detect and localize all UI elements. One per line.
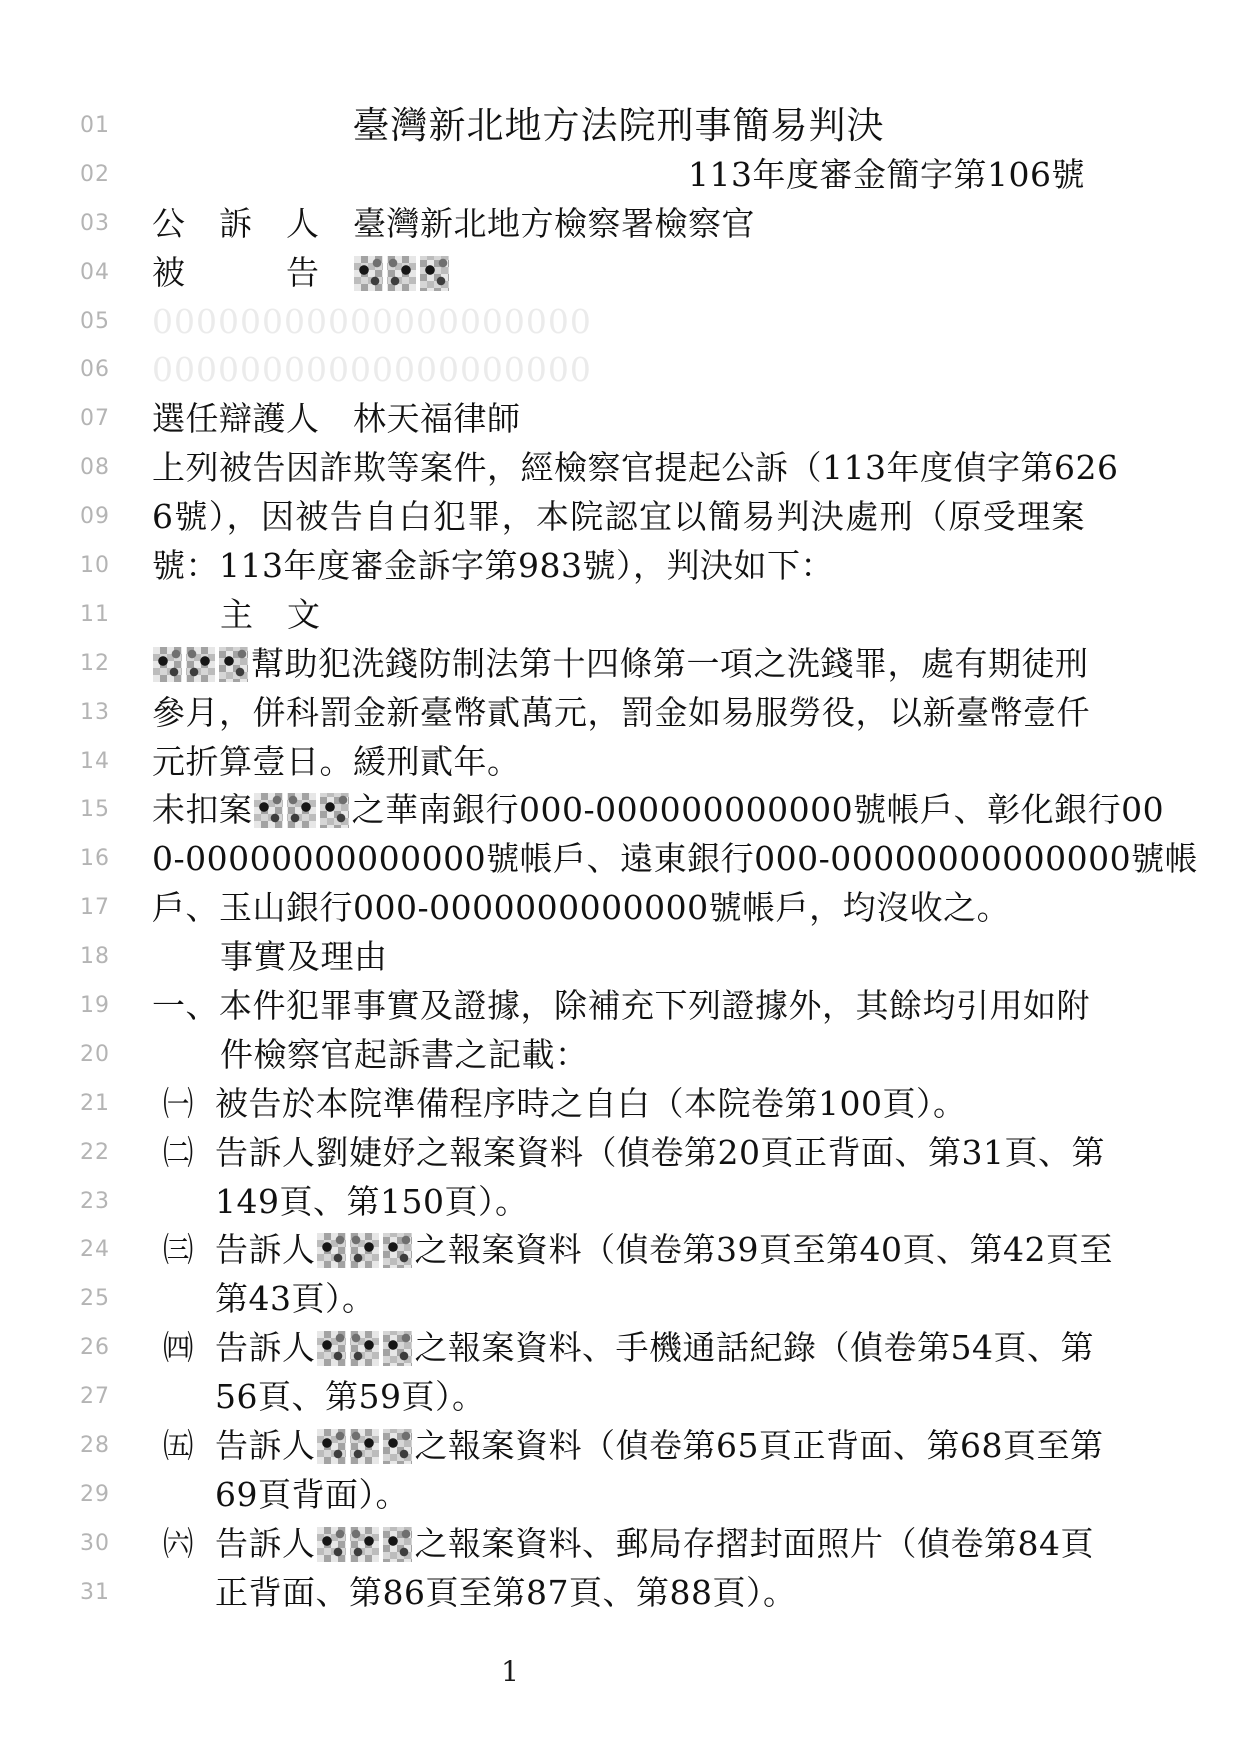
document-line: 13參月，併科罰金新臺幣貳萬元，罰金如易服勞役，以新臺幣壹仟 [0,689,1240,738]
text-segment: 一、本件犯罪事實及證據，除補充下列證據外，其餘均引用如附 [152,986,1090,1025]
document-line: 12幫助犯洗錢防制法第十四條第一項之洗錢罪，處有期徒刑 [0,640,1240,689]
document-line: 07選任辯護人 林天福律師 [0,395,1240,444]
line-text: 戶、玉山銀行000-0000000000000號帳戶，均沒收之。 [152,884,1085,933]
line-number: 10 [0,542,110,591]
line-number: 24 [0,1226,110,1275]
line-text: 選任辯護人 林天福律師 [152,395,1085,444]
text-segment: 149頁、第150頁）。 [215,1182,528,1221]
line-number: 30 [0,1520,110,1569]
document-line: 31正背面、第86頁至第87頁、第88頁）。 [0,1569,1240,1618]
text-segment: 號：113年度審金訴字第983號），判決如下： [152,546,834,585]
item-marker: ㈠ [163,1080,211,1129]
line-number: 06 [0,346,110,395]
line-text: 6號），因被告自白犯罪，本院認宜以簡易判決處刑（原受理案 [152,493,1085,542]
redacted-name-mosaic [219,647,248,682]
line-text: 第43頁）。 [152,1275,1085,1324]
text-segment: 元折算壹日。緩刑貳年。 [152,742,521,781]
line-text: 一、本件犯罪事實及證據，除補充下列證據外，其餘均引用如附 [152,982,1085,1031]
text-segment: 56頁、第59頁）。 [215,1377,485,1416]
redacted-name-mosaic [317,1331,346,1366]
document-line: 26㈣告訴人之報案資料、手機通話紀錄（偵卷第54頁、第 [0,1324,1240,1373]
document-line: 11主 文 [0,591,1240,640]
line-text: 00000000000000000000 [152,298,1085,347]
line-number: 20 [0,1031,110,1080]
line-number: 07 [0,395,110,444]
redacted-name-mosaic [317,1429,346,1464]
line-number: 25 [0,1275,110,1324]
line-text: ㈡告訴人劉婕妤之報案資料（偵卷第20頁正背面、第31頁、第 [152,1129,1085,1178]
faint-redacted-text: 00000000000000000000 [152,302,592,341]
line-text: 正背面、第86頁至第87頁、第88頁）。 [152,1569,1085,1618]
line-text: 主 文 [152,591,1085,640]
redacted-name-mosaic [354,256,383,291]
line-text: ㈢告訴人之報案資料（偵卷第39頁至第40頁、第42頁至 [152,1226,1085,1275]
line-text: 公 訴 人 臺灣新北地方檢察署檢察官 [152,200,1085,249]
text-segment: 之報案資料（偵卷第65頁正背面、第68頁至第 [415,1426,1104,1465]
text-segment: 事實及理由 [220,937,388,976]
text-segment: 告訴人劉婕妤之報案資料（偵卷第20頁正背面、第31頁、第 [215,1133,1105,1172]
line-number: 13 [0,689,110,738]
redacted-name-mosaic [383,1331,412,1366]
judgment-page: 01臺灣新北地方法院刑事簡易判決02113年度審金簡字第106號03公 訴 人 … [0,0,1240,1755]
text-segment: 被告於本院準備程序時之自白（本院卷第100頁）。 [215,1084,967,1123]
document-line: 18事實及理由 [0,933,1240,982]
text-segment: 告訴人 [215,1328,316,1367]
document-body: 01臺灣新北地方法院刑事簡易判決02113年度審金簡字第106號03公 訴 人 … [0,102,1240,1618]
text-segment: 件檢察官起訴書之記載： [220,1035,589,1074]
line-text: ㈠被告於本院準備程序時之自白（本院卷第100頁）。 [152,1080,1085,1129]
redacted-name-mosaic [186,647,215,682]
line-number: 11 [0,591,110,640]
line-number: 26 [0,1324,110,1373]
document-line: 02113年度審金簡字第106號 [0,151,1240,200]
document-line: 096號），因被告自白犯罪，本院認宜以簡易判決處刑（原受理案 [0,493,1240,542]
line-number: 27 [0,1373,110,1422]
redacted-name-mosaic [350,1429,379,1464]
page-number: 1 [0,1655,1020,1688]
text-segment: 公 訴 人 臺灣新北地方檢察署檢察官 [152,204,755,243]
line-number: 01 [0,102,110,151]
document-line: 19一、本件犯罪事實及證據，除補充下列證據外，其餘均引用如附 [0,982,1240,1031]
line-text: 臺灣新北地方法院刑事簡易判決 [152,102,1085,151]
line-number: 05 [0,298,110,347]
line-text: 元折算壹日。緩刑貳年。 [152,738,1085,787]
line-text: 69頁背面）。 [152,1471,1085,1520]
document-line: 20件檢察官起訴書之記載： [0,1031,1240,1080]
item-marker: ㈡ [163,1129,211,1178]
line-number: 15 [0,786,110,835]
text-segment: 選任辯護人 林天福律師 [152,399,521,438]
text-segment: 告訴人 [215,1524,316,1563]
text-segment: 正背面、第86頁至第87頁、第88頁）。 [215,1573,796,1612]
document-line: 30㈥告訴人之報案資料、郵局存摺封面照片（偵卷第84頁 [0,1520,1240,1569]
text-segment: 上列被告因詐欺等案件，經檢察官提起公訴（113年度偵字第626 [152,448,1118,487]
line-number: 28 [0,1422,110,1471]
text-segment: 未扣案 [152,790,253,829]
redacted-name-mosaic [287,793,316,828]
line-number: 22 [0,1129,110,1178]
line-text: ㈣告訴人之報案資料、手機通話紀錄（偵卷第54頁、第 [152,1324,1085,1373]
text-segment: 之華南銀行000-000000000000號帳戶、彰化銀行00 [352,790,1165,829]
line-number: 12 [0,640,110,689]
document-line: 25第43頁）。 [0,1275,1240,1324]
item-marker: ㈥ [163,1520,211,1569]
text-segment: 幫助犯洗錢防制法第十四條第一項之洗錢罪，處有期徒刑 [251,644,1089,683]
document-line: 08上列被告因詐欺等案件，經檢察官提起公訴（113年度偵字第626 [0,444,1240,493]
document-line: 0600000000000000000000 [0,346,1240,395]
document-line: 2756頁、第59頁）。 [0,1373,1240,1422]
redacted-name-mosaic [153,647,182,682]
document-line: 21㈠被告於本院準備程序時之自白（本院卷第100頁）。 [0,1080,1240,1129]
redacted-name-mosaic [383,1233,412,1268]
text-segment: 臺灣新北地方法院刑事簡易判決 [353,104,885,147]
redacted-name-mosaic [317,1527,346,1562]
document-line: 03公 訴 人 臺灣新北地方檢察署檢察官 [0,200,1240,249]
redacted-name-mosaic [350,1331,379,1366]
text-segment: 戶、玉山銀行000-0000000000000號帳戶，均沒收之。 [152,888,1010,927]
item-marker: ㈢ [163,1226,211,1275]
document-line: 10號：113年度審金訴字第983號），判決如下： [0,542,1240,591]
text-segment: 113年度審金簡字第106號 [688,155,1085,194]
line-number: 31 [0,1569,110,1618]
document-line: 04被 告 [0,249,1240,298]
line-text: 件檢察官起訴書之記載： [152,1031,1085,1080]
line-number: 08 [0,444,110,493]
line-number: 18 [0,933,110,982]
faint-redacted-text: 00000000000000000000 [152,350,592,389]
line-text: 未扣案之華南銀行000-000000000000號帳戶、彰化銀行00 [152,786,1085,835]
redacted-name-mosaic [254,793,283,828]
line-text: 149頁、第150頁）。 [152,1178,1085,1227]
text-segment: 之報案資料、郵局存摺封面照片（偵卷第84頁 [415,1524,1095,1563]
text-segment: 告訴人 [215,1426,316,1465]
document-line: 0500000000000000000000 [0,298,1240,347]
redacted-name-mosaic [387,256,416,291]
document-line: 2969頁背面）。 [0,1471,1240,1520]
text-segment: 告訴人 [215,1230,316,1269]
line-text: 被 告 [152,249,1085,298]
document-line: 17戶、玉山銀行000-0000000000000號帳戶，均沒收之。 [0,884,1240,933]
redacted-name-mosaic [317,1233,346,1268]
redacted-name-mosaic [383,1429,412,1464]
line-number: 19 [0,982,110,1031]
text-segment: 參月，併科罰金新臺幣貳萬元，罰金如易服勞役，以新臺幣壹仟 [152,693,1090,732]
line-number: 29 [0,1471,110,1520]
document-line: 24㈢告訴人之報案資料（偵卷第39頁至第40頁、第42頁至 [0,1226,1240,1275]
text-segment: 0-00000000000000號帳戶、遠東銀行000-000000000000… [152,839,1198,878]
redacted-name-mosaic [420,256,449,291]
item-marker: ㈤ [163,1422,211,1471]
line-number: 09 [0,493,110,542]
text-segment: 主 文 [220,595,321,634]
document-line: 01臺灣新北地方法院刑事簡易判決 [0,102,1240,151]
line-text: 參月，併科罰金新臺幣貳萬元，罰金如易服勞役，以新臺幣壹仟 [152,689,1085,738]
line-number: 14 [0,738,110,787]
item-marker: ㈣ [163,1324,211,1373]
line-text: ㈥告訴人之報案資料、郵局存摺封面照片（偵卷第84頁 [152,1520,1085,1569]
document-line: 14元折算壹日。緩刑貳年。 [0,738,1240,787]
text-segment: 6號），因被告自白犯罪，本院認宜以簡易判決處刑（原受理案 [152,497,1085,536]
line-number: 03 [0,200,110,249]
line-number: 17 [0,884,110,933]
redacted-name-mosaic [383,1527,412,1562]
line-text: 0-00000000000000號帳戶、遠東銀行000-000000000000… [152,835,1085,884]
redacted-name-mosaic [320,793,349,828]
line-text: 113年度審金簡字第106號 [152,151,1085,200]
line-number: 16 [0,835,110,884]
redacted-name-mosaic [350,1527,379,1562]
text-segment: 被 告 [152,253,353,292]
redacted-name-mosaic [350,1233,379,1268]
line-number: 23 [0,1178,110,1227]
line-text: ㈤告訴人之報案資料（偵卷第65頁正背面、第68頁至第 [152,1422,1085,1471]
line-text: 號：113年度審金訴字第983號），判決如下： [152,542,1085,591]
document-line: 23149頁、第150頁）。 [0,1178,1240,1227]
line-text: 上列被告因詐欺等案件，經檢察官提起公訴（113年度偵字第626 [152,444,1085,493]
text-segment: 之報案資料、手機通話紀錄（偵卷第54頁、第 [415,1328,1095,1367]
document-line: 15未扣案之華南銀行000-000000000000號帳戶、彰化銀行00 [0,786,1240,835]
text-segment: 第43頁）。 [215,1279,376,1318]
line-text: 事實及理由 [152,933,1085,982]
text-segment: 69頁背面）。 [215,1475,409,1514]
line-text: 幫助犯洗錢防制法第十四條第一項之洗錢罪，處有期徒刑 [152,640,1085,689]
line-number: 04 [0,249,110,298]
line-text: 56頁、第59頁）。 [152,1373,1085,1422]
document-line: 160-00000000000000號帳戶、遠東銀行000-0000000000… [0,835,1240,884]
line-number: 02 [0,151,110,200]
line-text: 00000000000000000000 [152,346,1085,395]
document-line: 28㈤告訴人之報案資料（偵卷第65頁正背面、第68頁至第 [0,1422,1240,1471]
document-line: 22㈡告訴人劉婕妤之報案資料（偵卷第20頁正背面、第31頁、第 [0,1129,1240,1178]
line-number: 21 [0,1080,110,1129]
text-segment: 之報案資料（偵卷第39頁至第40頁、第42頁至 [415,1230,1113,1269]
